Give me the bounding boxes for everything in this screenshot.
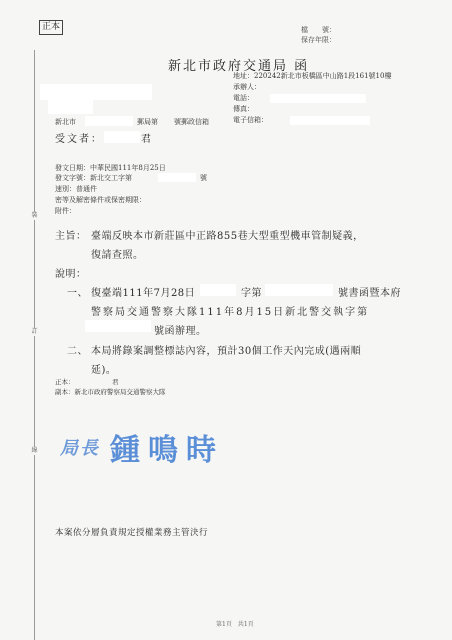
classification: 密等及解密條件或保密期限： xyxy=(55,195,146,206)
delegation-note: 本案依分層負責規定授權業務主管決行 xyxy=(55,526,208,538)
mailing-post-office: 郵局第 xyxy=(137,117,158,127)
retention-label: 保存年限： xyxy=(301,35,336,45)
signature-name: 鍾鳴時 xyxy=(110,433,224,468)
binding-line xyxy=(34,50,35,640)
item-1-number: 一、 xyxy=(67,284,88,299)
redacted-phone xyxy=(270,94,366,103)
redacted-post-office xyxy=(85,116,133,126)
page-number: 第1頁 共1頁 xyxy=(216,619,254,628)
issue-number-suffix: 號 xyxy=(200,173,207,184)
item-1-line-1a: 復臺端111年7月28日 xyxy=(91,284,195,299)
explanation-label: 說明： xyxy=(55,265,87,280)
item-1-line-1c: 號書函暨本府 xyxy=(338,284,401,299)
speed-class: 速別：普通件 xyxy=(55,184,97,195)
original-recipient-label: 正本： xyxy=(55,377,75,387)
original-recipient-suffix: 君 xyxy=(112,377,119,387)
binding-mark-xian: 線 xyxy=(30,447,39,455)
item-2-number: 二、 xyxy=(67,342,88,357)
redacted-recipient-address-2 xyxy=(48,100,93,114)
handler-label: 承辦人： xyxy=(233,82,261,93)
document-page: 裝 訂 線 正本 檔 號： 保存年限： 新北市政府交通局 函 地址：220242… xyxy=(0,0,452,640)
redacted-issue-number xyxy=(158,173,196,182)
attachments: 附件： xyxy=(55,206,76,217)
address: 地址：220242新北市板橋區中山路1段161號10樓 xyxy=(233,71,391,82)
issue-date: 發文日期：中華民國111年8月25日 xyxy=(55,163,166,174)
director-signature: 局長鍾鳴時 xyxy=(60,425,224,469)
item-2-line-1: 本局將錄案調整標誌內容，預計30個工作天內完成(遇兩順 xyxy=(91,342,361,357)
item-1-line-3: 號函辦理。 xyxy=(154,322,207,337)
signature-title: 局長 xyxy=(60,438,100,459)
redacted-letter-word xyxy=(200,284,236,296)
original-copy-stamp: 正本 xyxy=(39,20,63,35)
file-number-label: 檔 號： xyxy=(301,25,336,35)
recipient-suffix: 君 xyxy=(141,130,153,145)
item-1-line-1b: 字第 xyxy=(241,284,262,299)
subject-label: 主旨： xyxy=(55,227,87,242)
subject-line-2: 復請查照。 xyxy=(91,246,144,261)
fax-label: 傳真： xyxy=(233,104,254,115)
redacted-letter-number xyxy=(265,284,333,296)
binding-mark-zhuang: 裝 xyxy=(30,212,39,220)
phone-label: 電話： xyxy=(233,93,254,104)
redacted-recipient-name xyxy=(104,131,140,143)
redacted-recipient-address xyxy=(40,84,152,100)
redacted-email xyxy=(290,116,370,125)
issue-number-prefix: 發文字號：新北交工字第 xyxy=(55,173,132,184)
recipient-label: 受文者： xyxy=(55,130,103,145)
mailing-po-box: 號郵政信箱 xyxy=(174,117,209,127)
copy-recipient: 副本：新北市政府警察局交通警察大隊 xyxy=(55,387,166,397)
mailing-city: 新北市 xyxy=(55,117,76,127)
item-1-line-2: 警察局交通警察大隊111年8月15日新北警交執字第 xyxy=(91,303,369,318)
item-2-line-2: 延)。 xyxy=(91,361,116,376)
binding-mark-ding: 訂 xyxy=(30,328,39,336)
subject-line-1: 臺端反映本市新莊區中正路855巷大型重型機車管制疑義， xyxy=(91,227,364,242)
redacted-police-letter-number xyxy=(85,320,151,332)
email-label: 電子信箱： xyxy=(233,115,268,126)
